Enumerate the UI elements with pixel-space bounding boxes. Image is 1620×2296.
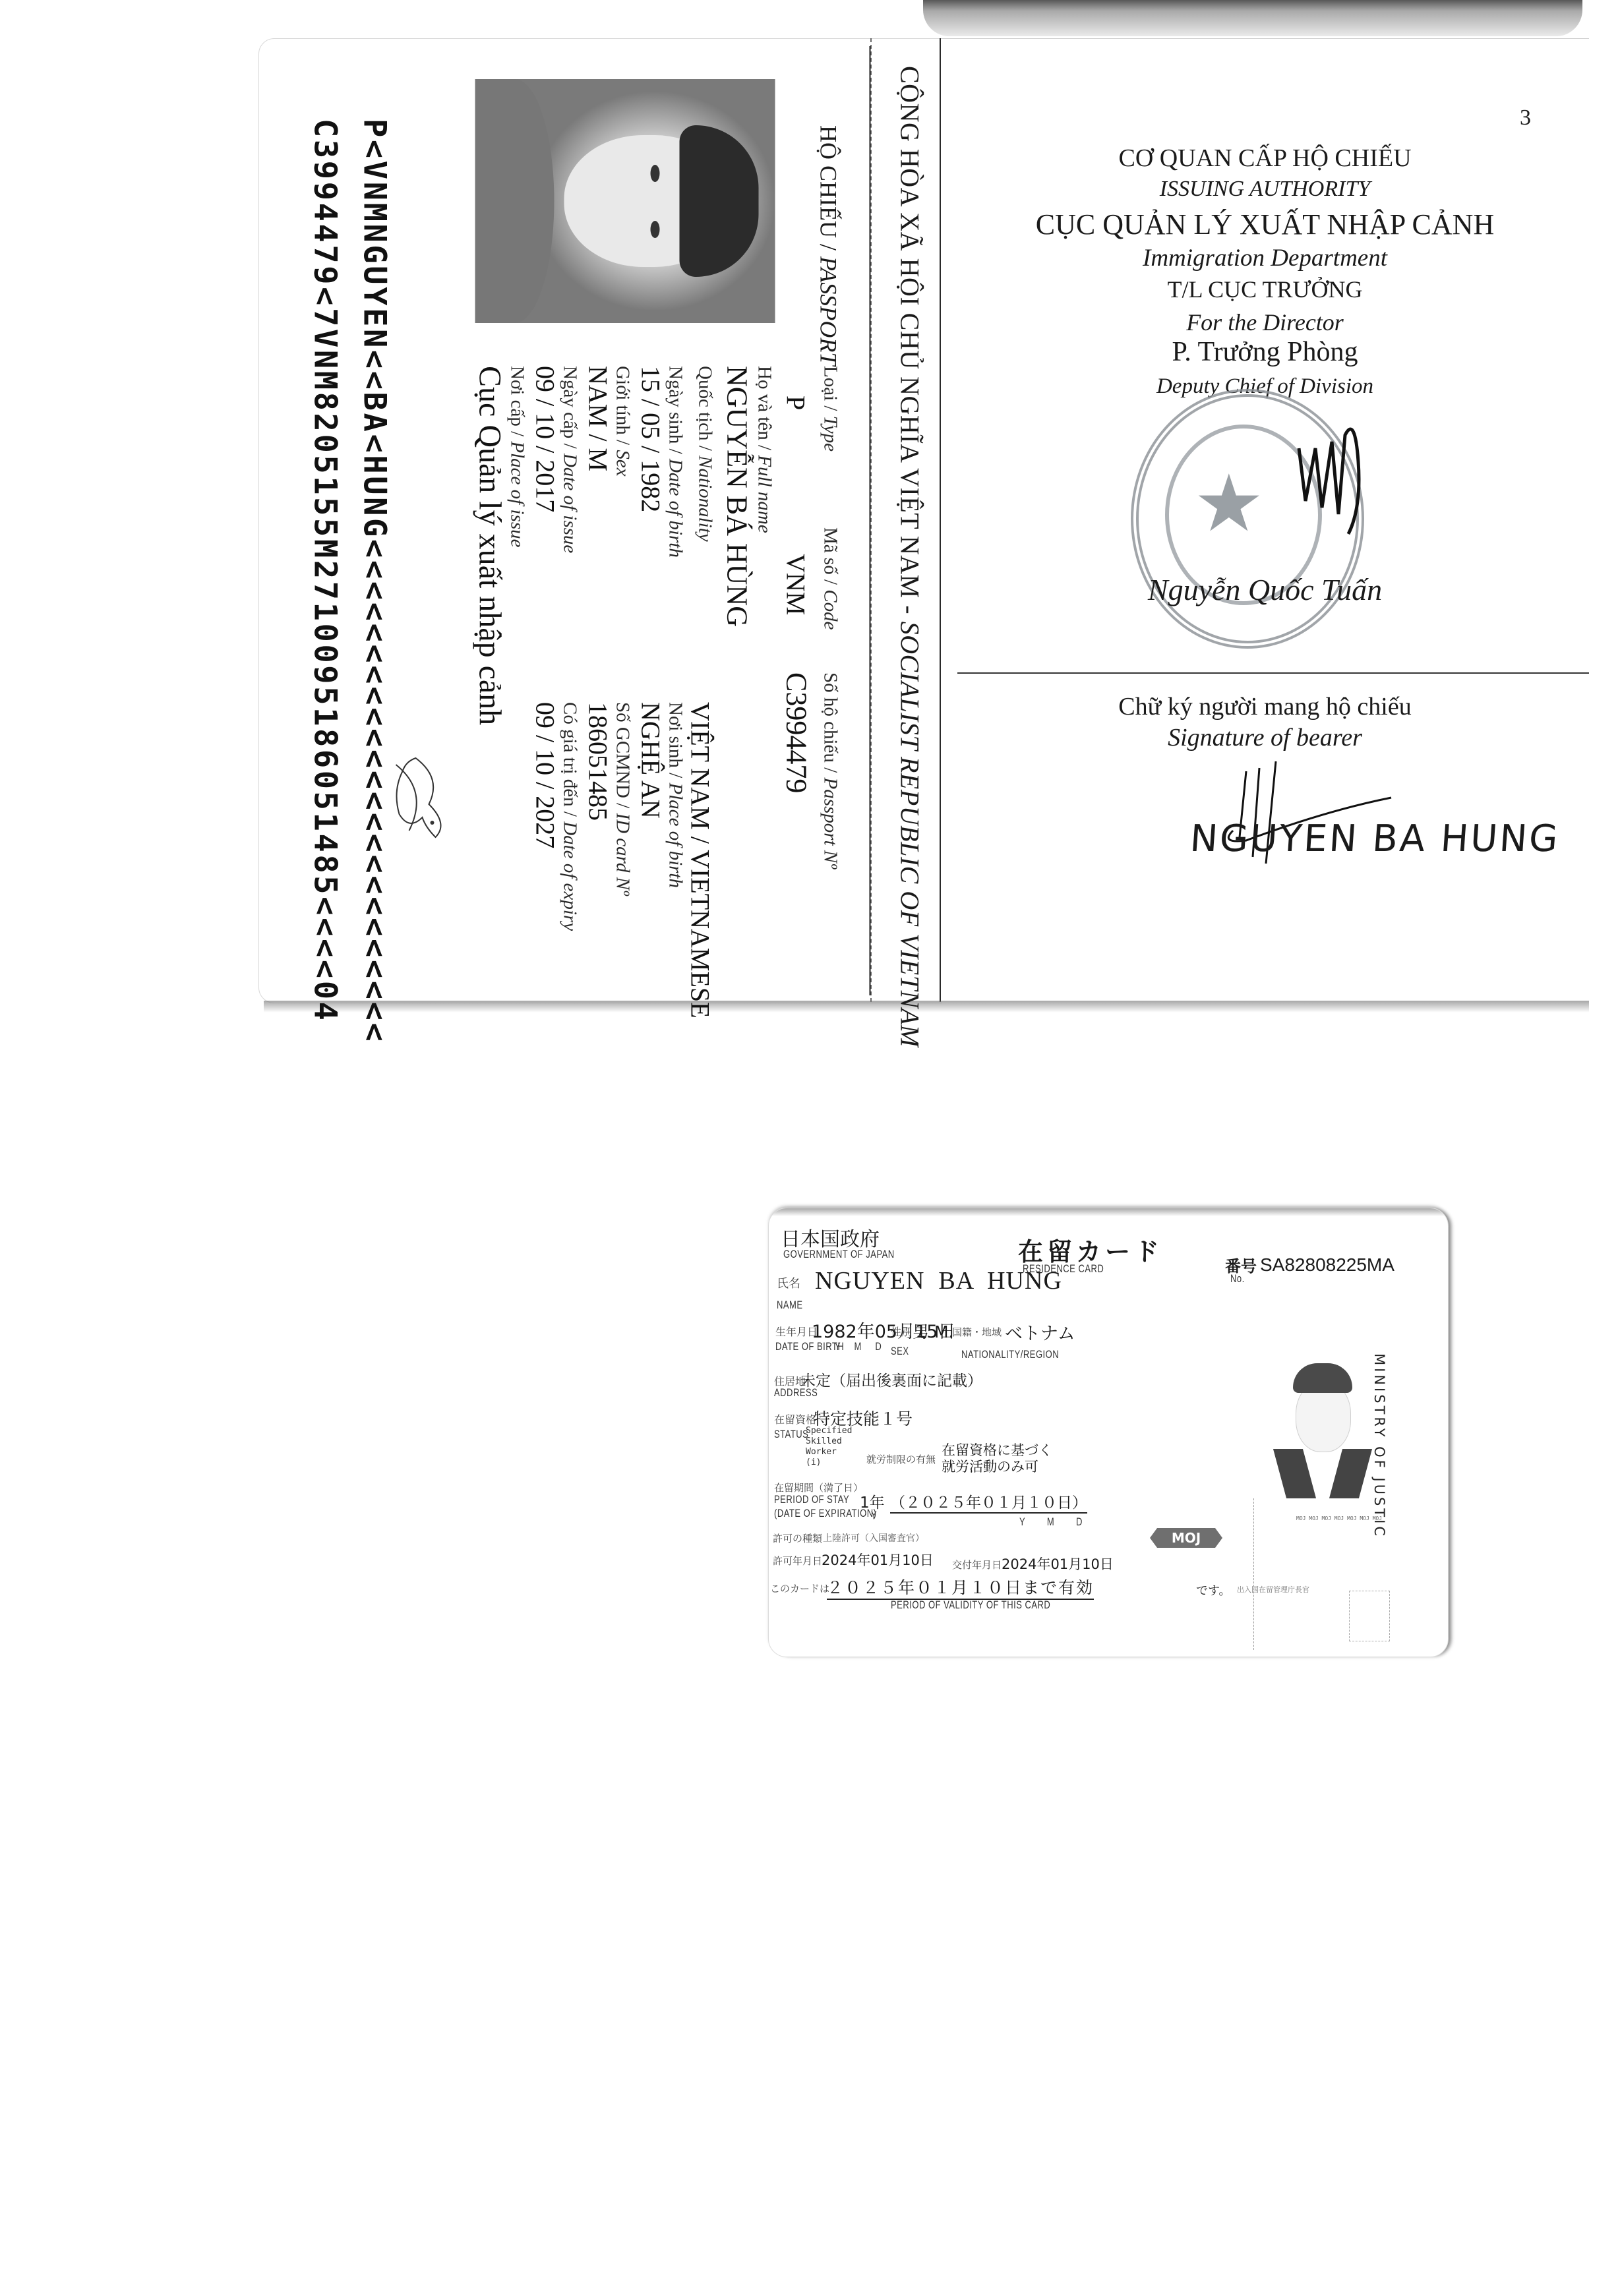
place-issue-value: Cục Quản lý xuất nhập cảnh (471, 366, 508, 725)
issue-date-value: 09 / 10 / 2017 (529, 366, 560, 512)
issue-date-value: 2024年01月10日 (1002, 1554, 1114, 1574)
sex-value: 男 M. (913, 1319, 953, 1343)
spread-shadow (264, 1001, 1589, 1013)
code-value: VNM (780, 554, 811, 615)
validity-value: ２０２５年０１月１０日まで有効 (827, 1575, 1094, 1600)
validity-suffix: です。 (1196, 1581, 1231, 1599)
status-label-jp: 在留資格 (774, 1411, 816, 1427)
dob-label: Ngày sinh / Date of birth (664, 366, 686, 558)
validity-prefix: このカードは (770, 1581, 829, 1595)
holder-photo (475, 79, 775, 323)
status-label-en: STATUS (774, 1428, 808, 1440)
issuer-stamp (1349, 1591, 1390, 1641)
header-divider (869, 46, 870, 995)
sex-label-en: SEX (891, 1345, 909, 1357)
full-name-label: Họ và tên / Full name (753, 366, 775, 533)
work-restriction-label: 就労制限の有無 (866, 1452, 936, 1466)
issue-date-label: Ngày cấp / Date of issue (558, 366, 580, 553)
card-holder-photo (1267, 1357, 1379, 1498)
header-en: SOCIALIST REPUBLIC OF VIETNAM (895, 622, 924, 1047)
expiry-label: Có giá trị đến / Date of expiry (558, 702, 580, 931)
sex-label-jp: 性別 (891, 1324, 912, 1339)
dob-value: 15 / 05 / 1982 (635, 366, 666, 512)
doc-title-vi: HỘ CHIẾU (815, 125, 841, 238)
signatory-name: Nguyễn Quốc Tuấn (941, 572, 1589, 607)
id-label: Số GCMND / ID card Nº (611, 702, 633, 896)
issue-date-label: 交付年月日 (952, 1558, 1002, 1572)
bearer-signature-label-en: Signature of bearer (941, 723, 1589, 752)
passport-no-value: C3994479 (779, 672, 813, 793)
director-signature-icon (1292, 409, 1371, 541)
card-divider (1253, 1498, 1254, 1650)
mrz-line-1: P<VNMNGUYEN<<BA<HUNG<<<<<<<<<<<<<<<<<<<<… (356, 119, 392, 1044)
nationality-label-en: NATIONALITY/REGION (961, 1348, 1059, 1361)
nationality-value: ベトナム (1005, 1319, 1075, 1345)
department-en: Immigration Department (941, 244, 1589, 272)
dob-ymd: Y M D (835, 1340, 882, 1353)
holder-name: NGUYEN BA HUNG (815, 1266, 1062, 1295)
header-vi: CỘNG HÒA XÃ HỘI CHỦ NGHĨA VIỆT NAM (895, 66, 924, 599)
period-label-jp: 在留期間（満了日） (774, 1481, 863, 1494)
pob-value: NGHỆ AN (635, 702, 666, 819)
doc-title-en: PASSPORT (815, 256, 841, 365)
card-number: SA82808225MA (1260, 1254, 1395, 1276)
issuer-seal-text: 出入国在留管理庁長官 (1237, 1584, 1309, 1595)
for-director-en: For the Director (941, 309, 1589, 336)
permit-type-value: 上陸許可（入国審査官） (823, 1531, 924, 1545)
permit-type-label: 許可の種類 (773, 1531, 822, 1545)
id-value: 186051485 (582, 702, 613, 821)
for-director-vi: T/L CỤC TRƯỞNG (941, 276, 1589, 303)
department-vi: CỤC QUẢN LÝ XUẤT NHẬP CẢNH (941, 208, 1589, 241)
signature-divider (957, 672, 1589, 674)
dove-watermark-icon (389, 751, 455, 844)
permit-date-value: 2024年01月10日 (822, 1550, 934, 1570)
sex-label: Giới tính / Sex (611, 366, 633, 477)
issuer-en: GOVERNMENT OF JAPAN (783, 1248, 895, 1260)
address-value: 未定（届出後裏面に記載） (800, 1369, 982, 1390)
sex-value: NAM / M (582, 366, 613, 471)
pob-label: Nơi sinh / Place of birth (664, 702, 686, 888)
code-label: Mã số / Code (819, 527, 841, 630)
nationality-label-jp: 国籍・地域 (952, 1325, 1002, 1339)
document-title: HỘ CHIẾU / PASSPORT (814, 125, 842, 365)
name-label-jp: 氏名 (777, 1274, 800, 1291)
period-y: Y (871, 1509, 877, 1521)
nationality-label: Quốc tịch / Nationality (694, 366, 715, 542)
bearer-signature-label-vi: Chữ ký người mang hộ chiếu (941, 692, 1589, 721)
ministry-of-justice-text: MINISTRY OF JUSTIC (1371, 1353, 1387, 1539)
validity-label-en: PERIOD OF VALIDITY OF THIS CARD (891, 1599, 1050, 1611)
work-restriction-value: 在留資格に基づく 就労活動のみ可 (942, 1442, 1052, 1475)
page-number: 3 (1520, 105, 1531, 131)
issuing-authority-vi: CƠ QUAN CẤP HỘ CHIẾU (941, 144, 1589, 173)
country-header: CỘNG HÒA XÃ HỘI CHỦ NGHĨA VIỆT NAM - SOC… (894, 66, 925, 1047)
type-value: P (780, 396, 811, 410)
residence-card: 日本国政府 GOVERNMENT OF JAPAN 在留カード RESIDENC… (768, 1208, 1449, 1657)
name-label-en: NAME (777, 1299, 803, 1311)
scanner-shadow (923, 0, 1582, 36)
dob-label-en: DATE OF BIRTH (775, 1340, 844, 1353)
period-expiration-value: （２０２５年０１月１０日） (890, 1490, 1087, 1514)
full-name-value: NGUYỄN BÁ HÙNG (720, 366, 754, 627)
status-value-en: Specified Skilled Worker (i) (806, 1426, 852, 1468)
seal-star-icon: ★ (1193, 465, 1265, 544)
period-label-en: PERIOD OF STAY (774, 1493, 849, 1506)
card-number-label-en: No. (1230, 1272, 1245, 1285)
type-label: Loại / Type (819, 366, 841, 452)
passport-no-label: Số hộ chiếu / Passport Nº (819, 672, 841, 869)
period-ymd: Y M D (1019, 1516, 1083, 1528)
bearer-handwritten-name: NGUYEN BA HUNG (1189, 817, 1561, 860)
permit-date-label: 許可年月日 (773, 1554, 822, 1568)
signatory-title-vi: P. Trưởng Phòng (941, 336, 1589, 368)
expiry-value: 09 / 10 / 2027 (529, 702, 560, 848)
moj-logo: MOJ (1150, 1528, 1222, 1548)
nationality-value: VIỆT NAM / VIETNAMESE (684, 702, 715, 1018)
passport-data-page-content: CỘNG HÒA XÃ HỘI CHỦ NGHĨA VIỆT NAM - SOC… (257, 40, 940, 1002)
issuing-authority-en: ISSUING AUTHORITY (941, 177, 1589, 202)
mrz-line-2: C3994479<7VNM8205155M2710095186051485<<<… (307, 119, 343, 1023)
place-issue-label: Nơi cấp / Place of issue (506, 366, 527, 547)
